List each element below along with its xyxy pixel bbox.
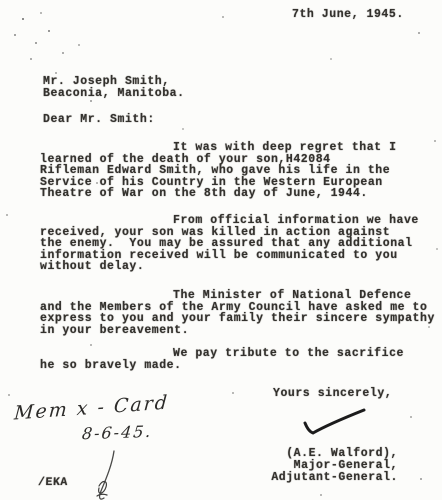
- text-line: Adjutant-General.: [247, 472, 398, 484]
- recipient-address: Mr. Joseph Smith,Beaconia, Manitoba.: [43, 76, 185, 99]
- letter-body: It was with deep regret that Ilearned of…: [40, 142, 442, 372]
- text-line: without delay.: [40, 261, 442, 273]
- text-line: Theatre of War on the 8th day of June, 1…: [40, 188, 442, 200]
- handwritten-note: Mem x - Card: [13, 392, 169, 425]
- letter-paragraph: It was with deep regret that Ilearned of…: [40, 142, 442, 200]
- text-line: Mr. Joseph Smith,: [43, 76, 185, 88]
- letter-paragraph: From official information we havereceive…: [40, 215, 442, 273]
- closing-phrase: Yours sincerely,: [273, 388, 392, 400]
- text-line: he so bravely made.: [40, 360, 442, 372]
- text-line: From official information we have: [40, 215, 442, 227]
- scanned-letter: 7th June, 1945. Mr. Joseph Smith,Beaconi…: [0, 0, 442, 500]
- text-line: Beaconia, Manitoba.: [43, 88, 185, 100]
- signature-block: (A.E. Walford),Major-General,Adjutant-Ge…: [247, 448, 398, 485]
- typist-initials: /EKA: [38, 477, 68, 489]
- letter-date: 7th June, 1945.: [292, 9, 404, 21]
- text-line: the enemy. You may be assured that any a…: [40, 238, 442, 250]
- pen-flourish: [100, 451, 114, 499]
- signature-stroke: [305, 410, 364, 433]
- text-line: express to you and your family their sin…: [40, 313, 442, 325]
- letter-paragraph: The Minister of National Defenceand the …: [40, 290, 442, 336]
- handwritten-date: 8-6-45.: [81, 422, 154, 444]
- pen-scribble: [97, 482, 107, 496]
- salutation: Dear Mr. Smith:: [43, 114, 155, 126]
- text-line: The Minister of National Defence: [40, 290, 442, 302]
- letter-paragraph: We pay tribute to the sacrificehe so bra…: [40, 348, 442, 371]
- scan-noise: [0, 0, 2, 2]
- text-line: It was with deep regret that I: [40, 142, 442, 154]
- text-line: in your bereavement.: [40, 325, 442, 337]
